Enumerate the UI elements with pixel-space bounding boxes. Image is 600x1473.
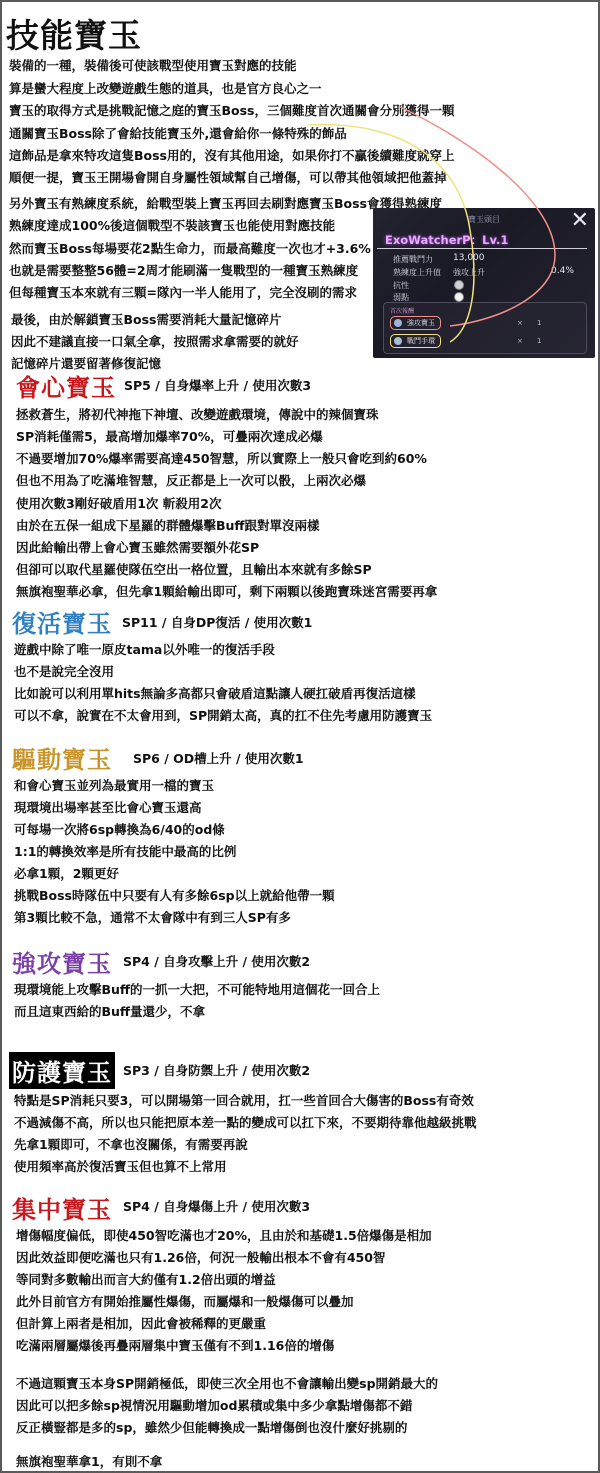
bracelet-icon — [394, 337, 402, 345]
section-title-attack: 強攻寶玉 — [12, 944, 112, 979]
inset-header: 寶玉頭目 — [373, 214, 595, 225]
orb-icon — [394, 319, 402, 327]
reward-x: × — [517, 337, 523, 345]
section-line: 由於在五保一組成下星羅的群體爆擊Buff跟對單沒兩樣 — [16, 516, 320, 534]
section-title-drive: 驅動寶玉 — [12, 740, 112, 775]
section-line: 必拿1顆，2顆更好 — [14, 864, 119, 882]
intro-line: 這飾品是拿來特攻這隻Boss用的，沒有其他用途，如果你打不贏後續難度就穿上 — [9, 146, 455, 164]
reward-qty: 1 — [537, 319, 541, 327]
intro-line: 順便一提，寶玉王開場會開自身屬性領域幫自己增傷，可以帶其他領域把他蓋掉 — [9, 168, 447, 186]
section-line: 不過減傷不高，所以也只能把原本差一點的變成可以扛下來，不要期待靠他越級挑戰 — [14, 1113, 477, 1131]
section-line: 挑戰Boss時隊伍中只要有人有多餘6sp以上就給他帶一顆 — [14, 886, 335, 904]
section-line: 反正橫豎都是多的sp，雖然少但能轉換成一點增傷倒也沒什麼好挑剔的 — [16, 1418, 407, 1436]
intro-line: 寶玉的取得方式是挑戰記憶之庭的寶玉Boss，三個難度首次通關會分別獲得一顆 — [9, 101, 455, 119]
section-title-crit: 會心寶玉 — [16, 368, 116, 403]
section-title-revive: 復活寶玉 — [12, 604, 112, 639]
section-line: 而且這東西給的Buff量還少，不拿 — [14, 1002, 205, 1020]
page-title: 技能寶玉 — [6, 10, 142, 57]
section-line: 第3顆比較不急，通常不太會隊中有到三人SP有多 — [14, 908, 291, 926]
section-line: 拯救蒼生，將初代神拖下神壇、改變遊戲環境，傳說中的辣個寶珠 — [16, 405, 379, 423]
section-line: 可以不拿，說實在不太會用到，SP開銷太高，真的扛不住先考慮用防護寶玉 — [14, 706, 432, 724]
intro-line: 因此不建議直接一口氣全拿，按照需求拿需要的就好 — [11, 332, 299, 350]
first-clear-rewards: 首次報酬 強攻寶玉 × 1 戰鬥手環 × 1 — [383, 302, 587, 354]
section-line: 現環境能上攻擊Buff的一抓一大把，不可能特地用這個花一回合上 — [14, 980, 380, 998]
resistance-element-icon — [454, 280, 464, 290]
section-line: 不過要增加70%爆率需要高達450智慧，所以實際上一般只會吃到約60% — [16, 449, 427, 467]
section-line: 因此可以把多餘sp視情況用驅動增加od累積或集中多少拿點增傷都不錯 — [16, 1396, 412, 1414]
intro-line: 裝備的一種，裝備後可使該戰型使用寶玉對應的技能 — [9, 56, 297, 74]
row-extra: 0.4% — [551, 266, 574, 276]
weakness-element-icon — [454, 292, 464, 302]
close-icon: ✕ — [571, 210, 589, 232]
intro-line: 但每種寶玉本來就有三顆=隊內一半人能用了，完全沒刷的需求 — [9, 283, 357, 301]
intro-line: 熟練度達成100%後這個戰型不裝該寶玉也能使用對應技能 — [9, 216, 335, 234]
intro-line: 然而寶玉Boss每場要花2點生命力，而最高難度一次也才+3.6% — [9, 239, 371, 257]
section-line: 遊戲中除了唯一原皮tama以外唯一的復活手段 — [14, 640, 275, 658]
intro-line: 最後，由於解鎖寶玉Boss需要消耗大量記憶碎片 — [11, 310, 282, 328]
section-subtitle: SP6 / OD槽上升 / 使用次數1 — [133, 749, 304, 767]
reward-qty: 1 — [537, 337, 541, 345]
reward-header: 首次報酬 — [390, 306, 414, 315]
section-line: 使用次數3剛好破盾用1次 斬殺用2次 — [16, 494, 221, 512]
section-subtitle: SP3 / 自身防禦上升 / 使用次數2 — [123, 1061, 310, 1079]
section-line: 比如說可以利用單hits無論多高都只會破盾這點讓人硬扛破盾再復活這樣 — [14, 684, 416, 702]
game-screenshot-boss-info: 寶玉頭目 ✕ ExoWatcherP：Lv.1 推薦戰鬥力 13,000 熟練度… — [373, 208, 595, 358]
section-final-line: 無旗袍聖華拿1，有則不拿 — [16, 1452, 162, 1470]
section-title-focus: 集中寶玉 — [12, 1190, 112, 1225]
section-title-defense: 防護寶玉 — [9, 1052, 115, 1089]
section-line: 因此效益即便吃滿也只有1.26倍，何況一般輸出根本不會有450智 — [16, 1248, 385, 1266]
divider — [377, 248, 587, 249]
boss-name: ExoWatcherP：Lv.1 — [385, 232, 508, 248]
section-subtitle: SP4 / 自身爆傷上升 / 使用次數3 — [123, 1197, 310, 1215]
section-line: 等同對多數輸出而言大約僅有1.2倍出頭的增益 — [16, 1270, 276, 1288]
section-line: 吃滿兩層屬爆後再疊兩層集中寶玉僅有不到1.16倍的增傷 — [16, 1336, 334, 1354]
section-line: 增傷幅度偏低，即使450智吃滿也才20%，且由於和基礎1.5倍爆傷是相加 — [16, 1226, 432, 1244]
section-line: 可每場一次將6sp轉換為6/40的od條 — [14, 820, 225, 838]
section-line: 現環境出場率甚至比會心寶玉還高 — [14, 798, 202, 816]
section-line: 也不是說完全沒用 — [14, 662, 114, 680]
section-line: 特點是SP消耗只要3，可以開場第一回合就用，扛一些首回合大傷害的Boss有奇效 — [14, 1091, 474, 1109]
intro-line: 算是蠻大程度上改變遊戲生態的道具，也是官方良心之一 — [9, 79, 322, 97]
reward-x: × — [517, 319, 523, 327]
row-value: 13,000 — [453, 253, 485, 263]
row-label: 熟練度上升值 — [393, 267, 441, 278]
section-line: 但計算上兩者是相加，因此會被稀釋的更嚴重 — [16, 1314, 266, 1332]
row-label: 抗性 — [393, 280, 409, 291]
section-line: 此外目前官方有開始推屬性爆傷，而屬爆和一般爆傷可以疊加 — [16, 1292, 354, 1310]
section-subtitle: SP11 / 自身DP復活 / 使用次數1 — [122, 613, 312, 631]
row-value: 強攻上升 — [453, 267, 485, 278]
row-label: 推薦戰鬥力 — [393, 254, 433, 265]
reward-item: 戰鬥手環 — [390, 334, 441, 348]
intro-line: 也就是需要整整56體=2周才能刷滿一隻戰型的一種寶玉熟練度 — [9, 261, 358, 279]
section-line: 1:1的轉換效率是所有技能中最高的比例 — [14, 842, 236, 860]
section-subtitle: SP5 / 自身爆率上升 / 使用次數3 — [124, 376, 311, 394]
reward-item: 強攻寶玉 — [390, 316, 441, 330]
section-line: 先拿1顆即可，不拿也沒關係，有需要再說 — [14, 1135, 248, 1153]
section-line: SP消耗僅需5，最高增加爆率70%，可疊兩次達成必爆 — [16, 427, 323, 445]
section-subtitle: SP4 / 自身攻擊上升 / 使用次數2 — [123, 952, 310, 970]
section-line: 但也不用為了吃滿堆智慧，反正都是上一次可以骰，上兩次必爆 — [16, 471, 366, 489]
section-line: 不過這顆寶玉本身SP開銷極低，即使三次全用也不會讓輸出變sp開銷最大的 — [16, 1374, 438, 1392]
section-line: 因此給輸出帶上會心寶玉雖然需要額外花SP — [16, 538, 259, 556]
section-line: 無旗袍聖華必拿，但先拿1顆給輸出即可，剩下兩顆以後跑寶珠迷宮需要再拿 — [16, 582, 437, 600]
section-line: 和會心寶玉並列為最實用一檔的寶玉 — [14, 776, 214, 794]
section-line: 使用頻率高於復活寶玉但也算不上常用 — [14, 1157, 227, 1175]
section-line: 但卻可以取代星羅使隊伍空出一格位置，且輸出本來就有多餘SP — [16, 560, 372, 578]
intro-line: 通關寶玉Boss除了會給技能寶玉外,還會給你一條特殊的飾品 — [9, 124, 347, 142]
